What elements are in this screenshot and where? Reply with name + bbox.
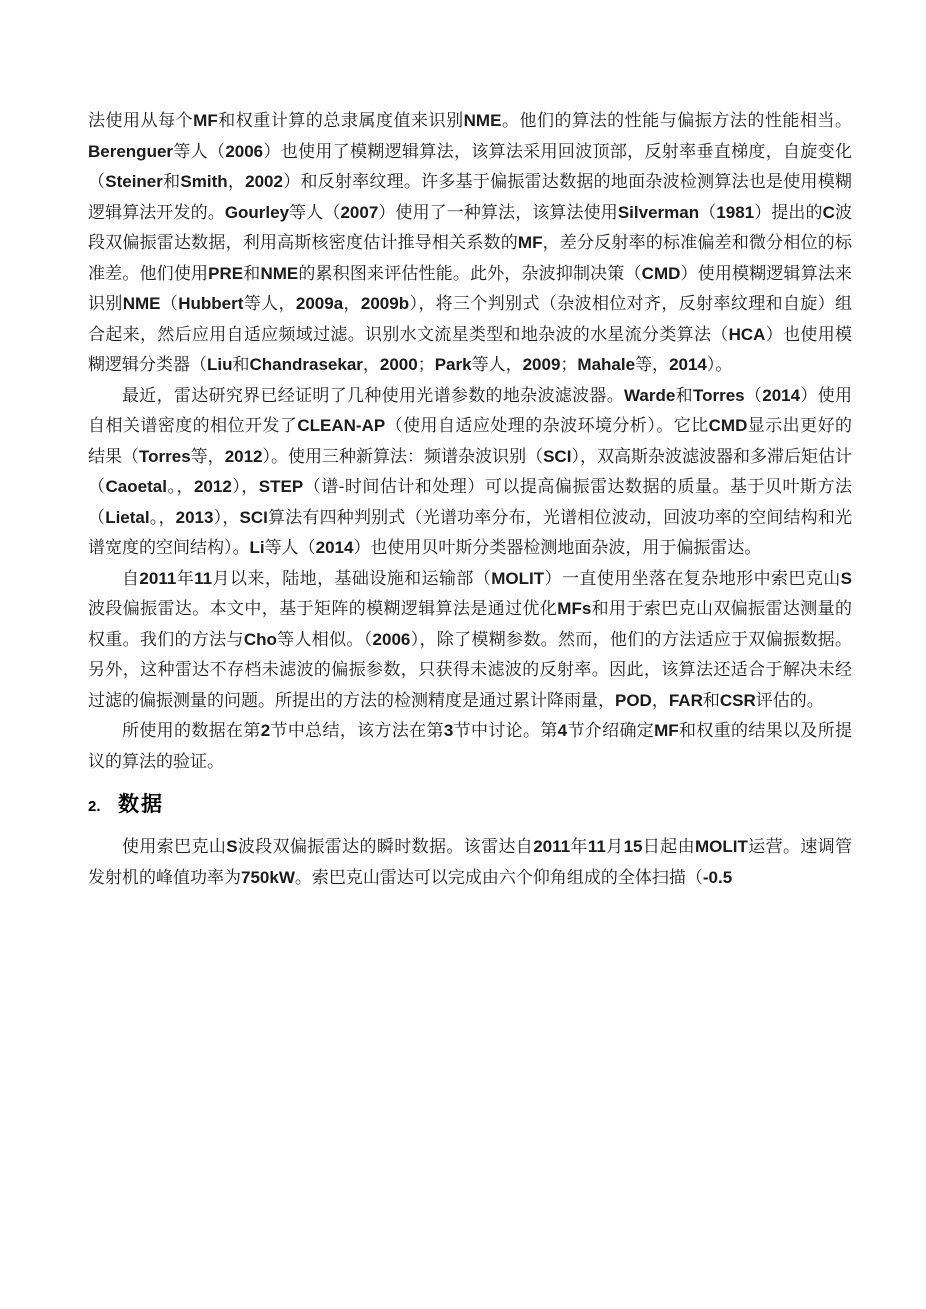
body-paragraph-3: 自2011年11月以来，陆地，基础设施和运输部（MOLIT）一直使用坐落在复杂地… — [88, 564, 852, 717]
section-heading: 2.数据 — [88, 786, 852, 824]
body-paragraph-4: 所使用的数据在第2节中总结，该方法在第3节中讨论。第4节介绍确定MF和权重的结果… — [88, 716, 852, 777]
document-page: 法使用从每个MF和权重计算的总隶属度值来识别NME。他们的算法的性能与偏振方法的… — [0, 0, 926, 1309]
section-title: 数据 — [118, 793, 164, 816]
body-paragraph-2: 最近，雷达研究界已经证明了几种使用光谱参数的地杂波滤波器。Warde和Torre… — [88, 381, 852, 564]
section-number: 2. — [88, 790, 118, 824]
page-text-block: 法使用从每个MF和权重计算的总隶属度值来识别NME。他们的算法的性能与偏振方法的… — [88, 106, 852, 893]
section-paragraph-1: 使用索巴克山S波段双偏振雷达的瞬时数据。该雷达自2011年11月15日起由MOL… — [88, 832, 852, 893]
body-paragraph-1: 法使用从每个MF和权重计算的总隶属度值来识别NME。他们的算法的性能与偏振方法的… — [88, 106, 852, 381]
